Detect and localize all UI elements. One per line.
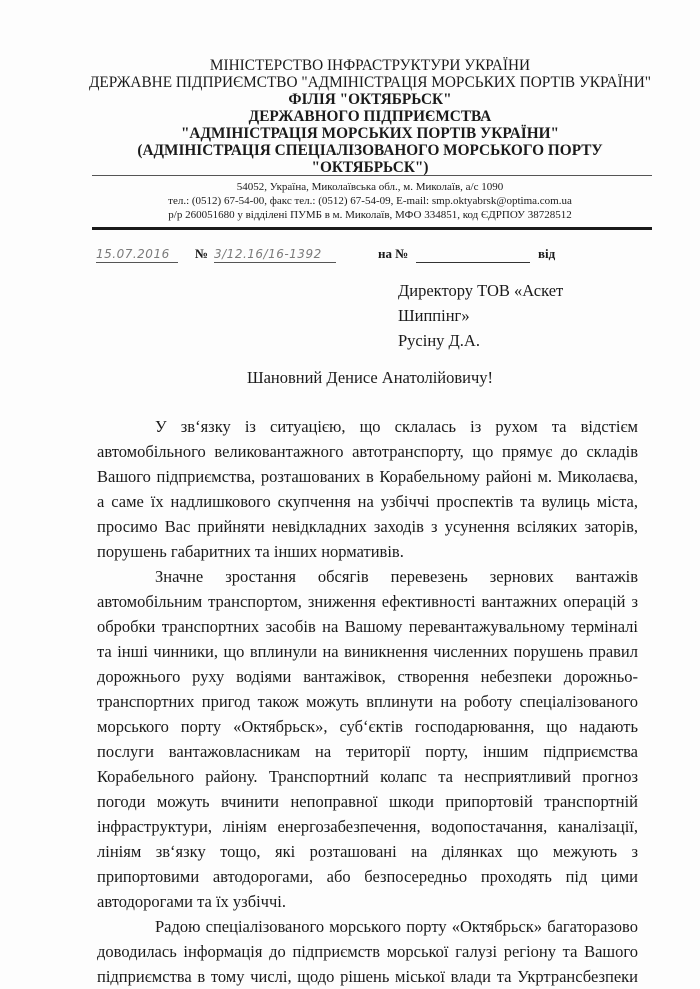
in-reply-number-blank	[416, 246, 530, 263]
letterhead-port-name: "ОКТЯБРЬСК")	[60, 159, 680, 176]
body-line: Значне зростання обсягів перевезень зерн…	[97, 564, 638, 589]
letterhead-contacts: тел.: (0512) 67-54-00, факс тел.: (0512)…	[60, 194, 680, 208]
body-line: підприємства в тому числі, щодо рішень м…	[97, 964, 638, 989]
body-line: Корабельного району. Транспортний колапс…	[97, 764, 638, 789]
number-label: №	[195, 246, 208, 262]
outgoing-date: 15.07.2016	[96, 246, 178, 263]
reference-row: 15.07.2016 № 3/12.16/16-1392 на № від	[90, 246, 610, 268]
body-line: порушень габаритних та інших нормативів.	[97, 539, 638, 564]
letterhead-divider-bottom	[92, 227, 652, 230]
body-line: автомобільного великовантажного автотран…	[97, 439, 638, 464]
body-line: інфраструктури, лініям енергозабезпеченн…	[97, 814, 638, 839]
body-line: транспортних пригод також можуть вплинут…	[97, 689, 638, 714]
letterhead-branch-of: ДЕРЖАВНОГО ПІДПРИЄМСТВА	[60, 108, 680, 125]
recipient-line: Директору ТОВ «Аскет	[398, 278, 563, 303]
letter-page: МІНІСТЕРСТВО ІНФРАСТРУКТУРИ УКРАЇНИ ДЕРЖ…	[0, 0, 700, 989]
body-paragraph: Значне зростання обсягів перевезень зерн…	[97, 564, 638, 914]
letterhead-administration: "АДМІНІСТРАЦІЯ МОРСЬКИХ ПОРТІВ УКРАЇНИ"	[60, 125, 680, 142]
body-line: доводилась інформація до підприємств мор…	[97, 939, 638, 964]
body-line: Радою спеціалізованого морського порту «…	[97, 914, 638, 939]
body-line: та інші чинники, що вплинули на виникнен…	[97, 639, 638, 664]
body-line: лініям зв‘язку тощо, які розташовані на …	[97, 839, 638, 864]
body-line: Вашого підприємства, розташованих в Кора…	[97, 464, 638, 489]
letter-body: У зв‘язку із ситуацією, що склалась із р…	[97, 414, 638, 989]
in-reply-label: на №	[378, 246, 408, 262]
letterhead-enterprise: ДЕРЖАВНЕ ПІДПРИЄМСТВО "АДМІНІСТРАЦІЯ МОР…	[60, 74, 680, 91]
recipient-line: Русіну Д.А.	[398, 328, 563, 353]
body-line: автомобільним транспортом, зниження ефек…	[97, 589, 638, 614]
body-line: просимо Вас прийняти невідкладних заході…	[97, 514, 638, 539]
letterhead-branch: ФІЛІЯ "ОКТЯБРЬСК"	[60, 91, 680, 108]
letterhead-port-admin: (АДМІНІСТРАЦІЯ СПЕЦІАЛІЗОВАНОГО МОРСЬКОГ…	[60, 142, 680, 159]
body-line: У зв‘язку із ситуацією, що склалась із р…	[97, 414, 638, 439]
body-line: дорожнього руху водіями вантажівок, ство…	[97, 664, 638, 689]
from-label: від	[538, 246, 555, 262]
letterhead-divider-top	[92, 175, 652, 176]
body-line: морського порту «Октябрьск», суб‘єктів г…	[97, 714, 638, 739]
body-line: погоди можуть вчинити непоправної шкоди …	[97, 789, 638, 814]
letterhead-ministry: МІНІСТЕРСТВО ІНФРАСТРУКТУРИ УКРАЇНИ	[60, 57, 680, 74]
body-line: послуги вантажовласникам на території по…	[97, 739, 638, 764]
salutation: Шановний Денисе Анатолійовичу!	[60, 368, 680, 388]
body-line: автодорогами та їх узбіччі.	[97, 889, 638, 914]
recipient-block: Директору ТОВ «Аскет Шиппінг» Русіну Д.А…	[398, 278, 563, 353]
letterhead-bank-details: р/р 260051680 у відділені ПУМБ в м. Мико…	[60, 208, 680, 222]
body-line: обробки транспортних засобів на Вашому п…	[97, 614, 638, 639]
body-paragraph: У зв‘язку із ситуацією, що склалась із р…	[97, 414, 638, 564]
body-line: припортовими автодорогами, або безпосере…	[97, 864, 638, 889]
letterhead-postal-address: 54052, Україна, Миколаївська обл., м. Ми…	[60, 180, 680, 194]
body-paragraph: Радою спеціалізованого морського порту «…	[97, 914, 638, 989]
recipient-line: Шиппінг»	[398, 303, 563, 328]
body-line: а саме їх надлишкового скупчення на узбі…	[97, 489, 638, 514]
outgoing-number: 3/12.16/16-1392	[214, 246, 336, 263]
